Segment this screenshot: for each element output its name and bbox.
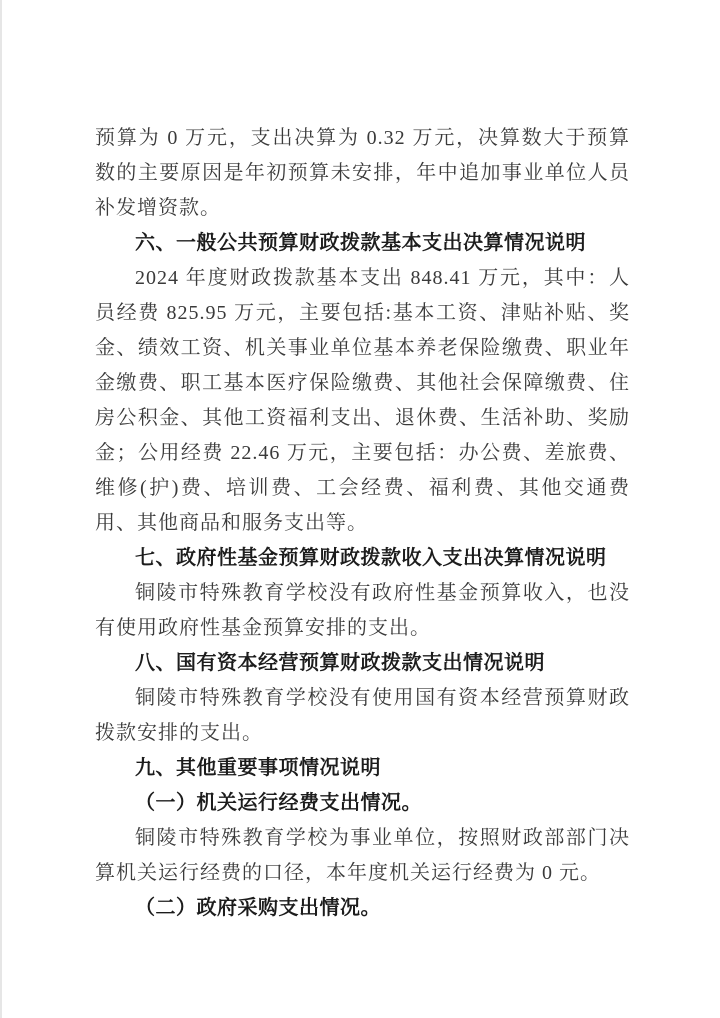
section-heading-9: 九、其他重要事项情况说明 [95,751,630,786]
page-scan-edge [0,0,2,1018]
section-heading-6: 六、一般公共预算财政拨款基本支出决算情况说明 [95,226,630,261]
paragraph-government-fund: 铜陵市特殊教育学校没有政府性基金预算收入，也没有使用政府性基金预算安排的支出。 [95,576,630,646]
document-content: 预算为 0 万元，支出决算为 0.32 万元，决算数大于预算数的主要原因是年初预… [95,121,630,926]
paragraph-operating-expense: 铜陵市特殊教育学校为事业单位，按照财政部部门决算机关运行经费的口径，本年度机关运… [95,821,630,891]
section-heading-8: 八、国有资本经营预算财政拨款支出情况说明 [95,646,630,681]
paragraph-basic-expenditure: 2024 年度财政拨款基本支出 848.41 万元，其中：人员经费 825.95… [95,261,630,541]
paragraph-continuation: 预算为 0 万元，支出决算为 0.32 万元，决算数大于预算数的主要原因是年初预… [95,121,630,226]
section-heading-7: 七、政府性基金预算财政拨款收入支出决算情况说明 [95,541,630,576]
subsection-heading-procurement: （二）政府采购支出情况。 [95,891,630,926]
document-page: 预算为 0 万元，支出决算为 0.32 万元，决算数大于预算数的主要原因是年初预… [0,0,720,1018]
subsection-heading-operating-expense: （一）机关运行经费支出情况。 [95,786,630,821]
paragraph-state-capital: 铜陵市特殊教育学校没有使用国有资本经营预算财政拨款安排的支出。 [95,681,630,751]
